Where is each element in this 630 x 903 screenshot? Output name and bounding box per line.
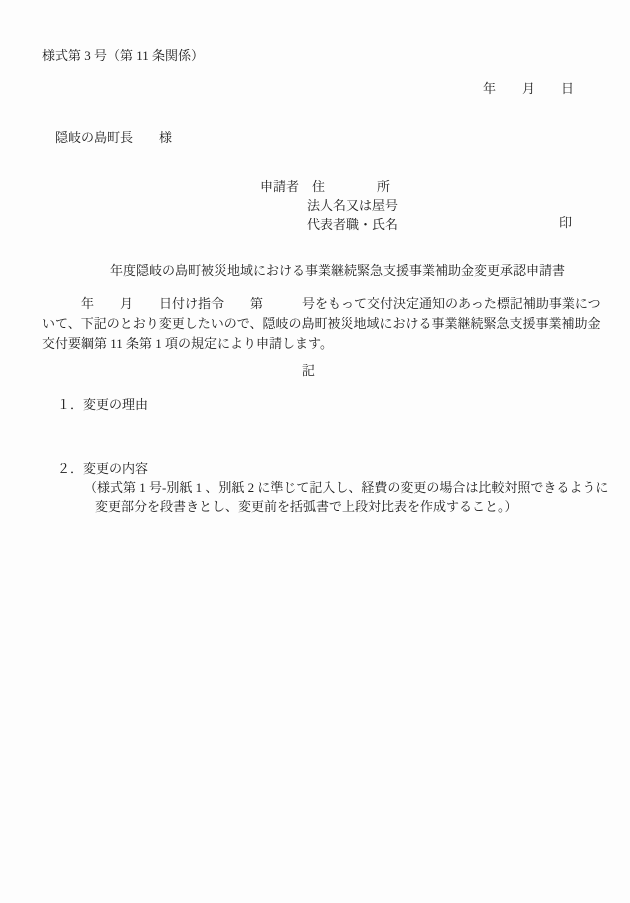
document-page: 様式第 3 号（第 11 条関係） 年 月 日 隠岐の島町長 様 申請者 住 所… (0, 0, 630, 903)
item-2-change-content: ２．変更の内容 (57, 459, 148, 479)
item-2-note-line-1: （様式第 1 号-別紙 1 、別紙 2 に準じて記入し、経費の変更の場合は比較対… (84, 478, 608, 498)
date-line: 年 月 日 (483, 79, 574, 99)
seal-mark: 印 (559, 213, 572, 233)
item-1-change-reason: １．変更の理由 (57, 395, 148, 415)
addressee-line: 隠岐の島町長 様 (55, 128, 172, 148)
body-paragraph-line-3: 交付要綱第 11 条第 1 項の規定により申請します。 (42, 334, 333, 354)
body-paragraph-line-1: 年 月 日付け指令 第 号をもって交付決定通知のあった標記補助事業につ (81, 294, 601, 314)
body-paragraph-line-2: いて、下記のとおり変更したいので、隠岐の島町被災地域における事業継続緊急支援事業… (42, 314, 600, 334)
ki-heading: 記 (302, 361, 315, 381)
applicant-representative-row: 代表者職・氏名 (307, 215, 398, 235)
applicant-company-row: 法人名又は屋号 (307, 196, 398, 216)
item-2-note-line-2: 変更部分を段書きとし、変更前を括弧書で上段対比表を作成すること。） (95, 497, 518, 517)
applicant-address-row: 申請者 住 所 (260, 177, 390, 197)
form-number: 様式第 3 号（第 11 条関係） (42, 46, 204, 66)
document-title: 年度隠岐の島町被災地域における事業継続緊急支援事業補助金変更承認申請書 (110, 261, 565, 281)
